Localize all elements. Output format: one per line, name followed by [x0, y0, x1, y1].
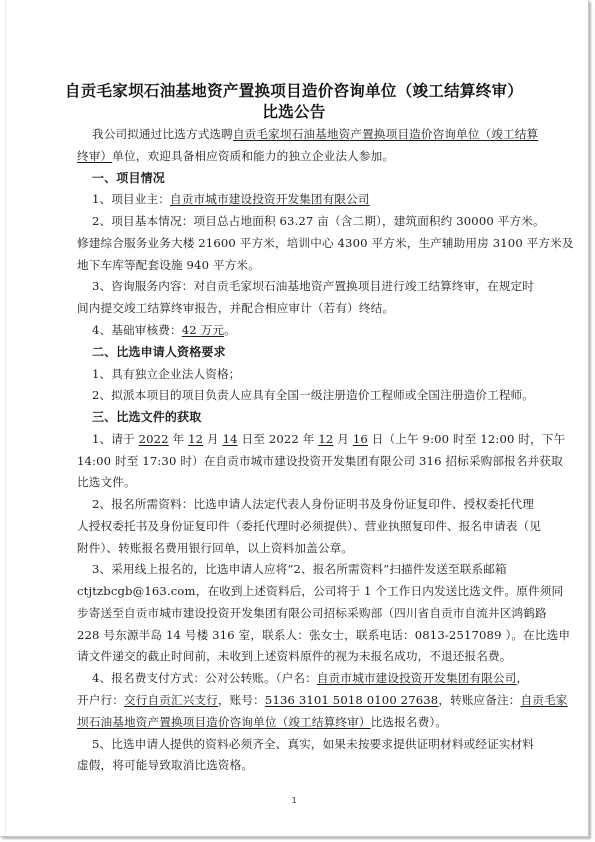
end-day: 16	[353, 432, 368, 446]
start-year: 2022	[139, 432, 169, 446]
document-page: 自贡毛家坝石油基地资产置换项目造价咨询单位（竣工结算终审） 比选公告 我公司拟通…	[0, 0, 589, 837]
intro-line-1: 我公司拟通过比选方式选聘自贡毛家坝石油基地资产置换项目造价咨询单位（竣工结算	[92, 126, 538, 142]
section-heading-project: 一、项目情况	[92, 170, 165, 186]
document-title: 自贡毛家坝石油基地资产置换项目造价咨询单位（竣工结算终审）	[0, 79, 588, 101]
page-number: 1	[0, 796, 588, 805]
transfer-remark: 坝石油基地资产置换项目造价咨询单位（竣工结算终审）	[77, 715, 371, 729]
required-docs-line-1: 2、报名所需资料：比选申请人法定代表人身份证明书及身份证复印件、授权委托代理	[92, 496, 534, 512]
online-signup-line-1: 3、采用线上报名的，比选申请人应将“2、报名所需资料”扫描件发送至联系邮箱	[92, 561, 507, 577]
online-signup-line-2: ctjtzbcgb@163.com，在收到上述资料后，公司将于 1 个工作日内发…	[77, 583, 563, 599]
project-basic-line-2: 修建综合服务业务大楼 21600 平方米，培训中心 4300 平方米，生产辅助用…	[77, 235, 574, 251]
obtain-time-line-3: 比选文件。	[77, 474, 136, 490]
authenticity-line-2: 虚假，将可能导致取消比选资格。	[77, 757, 253, 773]
account-number: 5136 3101 5018 0100 27638	[265, 693, 438, 707]
section-heading-obtain-docs: 三、比选文件的获取	[92, 409, 201, 425]
service-content-line-2: 间内提交竣工结算终审报告，并配合相应审计（若有）终结。	[77, 300, 394, 316]
document-subtitle: 比选公告	[0, 100, 588, 122]
project-name-underlined: 自贡毛家坝石油基地资产置换项目造价咨询单位（竣工结算	[233, 127, 538, 141]
required-docs-line-3: 附件）、转账报名费用银行回单，以上资料加盖公章。	[77, 540, 353, 556]
service-content-line-1: 3、咨询服务内容：对自贡毛家坝石油基地资产置换项目进行竣工结算终审，在规定时	[92, 278, 534, 294]
end-month: 12	[318, 432, 333, 446]
project-owner: 1、项目业主：自贡市城市建设投资开发集团有限公司	[92, 191, 370, 207]
payee-account-name: 自贡市城市建设投资开发集团有限公司	[317, 671, 517, 685]
obtain-time-line-2: 14:00 时至 17:30 时）在自贡市城市建设投资开发集团有限公司 316 …	[77, 453, 563, 469]
page-edge	[5, 0, 6, 836]
online-signup-line-4: 228 号东源半岛 14 号楼 316 室，联系人：张女士，联系电话：0813-…	[77, 627, 570, 643]
payment-line-2: 开户行：交行自贡汇兴支行，账号：5136 3101 5018 0100 2763…	[77, 692, 568, 708]
base-fee: 4、基础审核费：42 万元。	[92, 322, 236, 338]
section-heading-qualification: 二、比选申请人资格要求	[92, 344, 226, 360]
authenticity-line-1: 5、比选申请人提供的资料必须齐全、真实，如果未按要求提供证明材料或经证实材料	[92, 736, 534, 752]
online-signup-line-3: 步寄送至自贡市城市建设投资开发集团有限公司招标采购部（四川省自贡市自流井区鸿鹤路	[77, 605, 547, 621]
intro-line-2: 终审）单位，欢迎具备相应资质和能力的独立企业法人参加。	[77, 148, 394, 164]
base-fee-amount: 42 万元	[182, 323, 224, 337]
start-month: 12	[188, 432, 203, 446]
payment-line-1: 4、报名费支付方式：公对公转账。（户名：自贡市城市建设投资开发集团有限公司，	[92, 670, 528, 686]
online-signup-line-5: 请文件递交的截止时间前，未收到上述资料原件的视为未报名成功，不退还报名费。	[77, 648, 512, 664]
qualification-item-2: 2、拟派本项目的项目负责人应具有全国一级注册造价工程师或全国注册造价工程师。	[92, 387, 534, 403]
qualification-item-1: 1、具有独立企业法人资格；	[92, 366, 240, 382]
project-basic-line-3: 地下车库等配套设施 940 平方米。	[77, 257, 260, 273]
obtain-time-line-1: 1、请于 2022 年 12 月 14 日至 2022 年 12 月 16 日（…	[92, 431, 565, 447]
required-docs-line-2: 人授权委托书及身份证复印件（委托代理时必须提供）、营业执照复印件、报名申请表（见	[77, 518, 541, 534]
start-day: 14	[223, 432, 238, 446]
owner-name: 自贡市城市建设投资开发集团有限公司	[170, 192, 370, 206]
payment-line-3: 坝石油基地资产置换项目造价咨询单位（竣工结算终审）比选报名费）。	[77, 714, 447, 730]
project-basic-line-1: 2、项目基本情况：项目总占地面积 63.27 亩（含二期），建筑面积约 3000…	[92, 213, 545, 229]
bank-name: 交行自贡汇兴支行	[124, 693, 218, 707]
